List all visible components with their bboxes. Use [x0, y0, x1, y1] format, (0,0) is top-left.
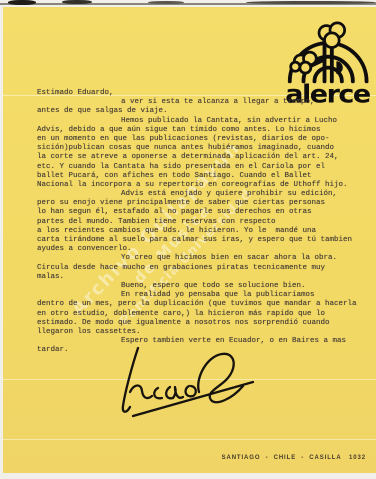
letter-line: a ver si esta te alcanza a llegar a tiem… [37, 98, 369, 107]
alerce-tree-logo-icon [284, 21, 376, 85]
letter-line: en otro estudio, doblemente caro,) la hi… [37, 310, 369, 319]
letter-line: Advis está enojado y quiere prohibir su … [37, 190, 369, 199]
letter-line: En realidad yo pensaba que la publicaría… [37, 291, 369, 300]
letter-line: en un momento en que las publicaciones (… [37, 135, 369, 144]
letter-body: Estimado Eduardo, a ver si esta te alcan… [37, 89, 369, 355]
letter-line: a los recientes cambios que Uds. le hici… [37, 227, 369, 236]
letter-line: partes del mundo. Tambien tiene reservas… [37, 218, 369, 227]
letter-line: carta tirándome al suelo para calmar sus… [37, 236, 369, 245]
letter-line: ballet Pucará, con afiches en todo Santi… [37, 172, 369, 181]
letter-line: ayudes a convencerlo. [37, 245, 369, 254]
letter-line: dentro de un mes, pero la duplicación (q… [37, 300, 369, 309]
letter-line: la corte se atreve a oponerse a determin… [37, 153, 369, 162]
letter-line: malas. [37, 273, 369, 282]
letterhead-imprint: SANTIAGO - CHILE - CASILLA 1032 [222, 455, 366, 461]
scan-artifact [8, 0, 36, 5]
letter-paper: Archivo Quilapayún de Música Pontificia … [3, 7, 376, 473]
scan-artifact [246, 1, 376, 4]
letter-line: Advis, debido a que aún sigue tan tímido… [37, 126, 369, 135]
paper-crease [3, 439, 376, 440]
letter-line: Nacional la incorpora a su repertorio en… [37, 181, 369, 190]
letter-line: Yo creo que hicimos bien en sacar ahora … [37, 254, 369, 263]
letter-line: etc. Y cuando la Cantata ha sido present… [37, 163, 369, 172]
scan-artifact [62, 0, 92, 4]
letter-line: lo han segun él, estafado al no pagarle … [37, 208, 369, 217]
letter-line: estimado. De modo que igualmente a nosot… [37, 319, 369, 328]
scan-artifact [148, 1, 184, 4]
letter-line: antes de que salgas de viaje. [37, 107, 369, 116]
signature-scribble [95, 340, 265, 430]
letter-line: Hemos publicado la Cantata, sin advertir… [37, 117, 369, 126]
letter-line: Bueno, espero que todo se solucione bien… [37, 282, 369, 291]
letter-line: Circula desde hace mucho en grabaciones … [37, 264, 369, 273]
letter-line: Estimado Eduardo, [37, 89, 369, 98]
letter-line: sición)publican cosas que nunca antes hu… [37, 144, 369, 153]
letter-line: llegaron los cassettes. [37, 328, 369, 337]
